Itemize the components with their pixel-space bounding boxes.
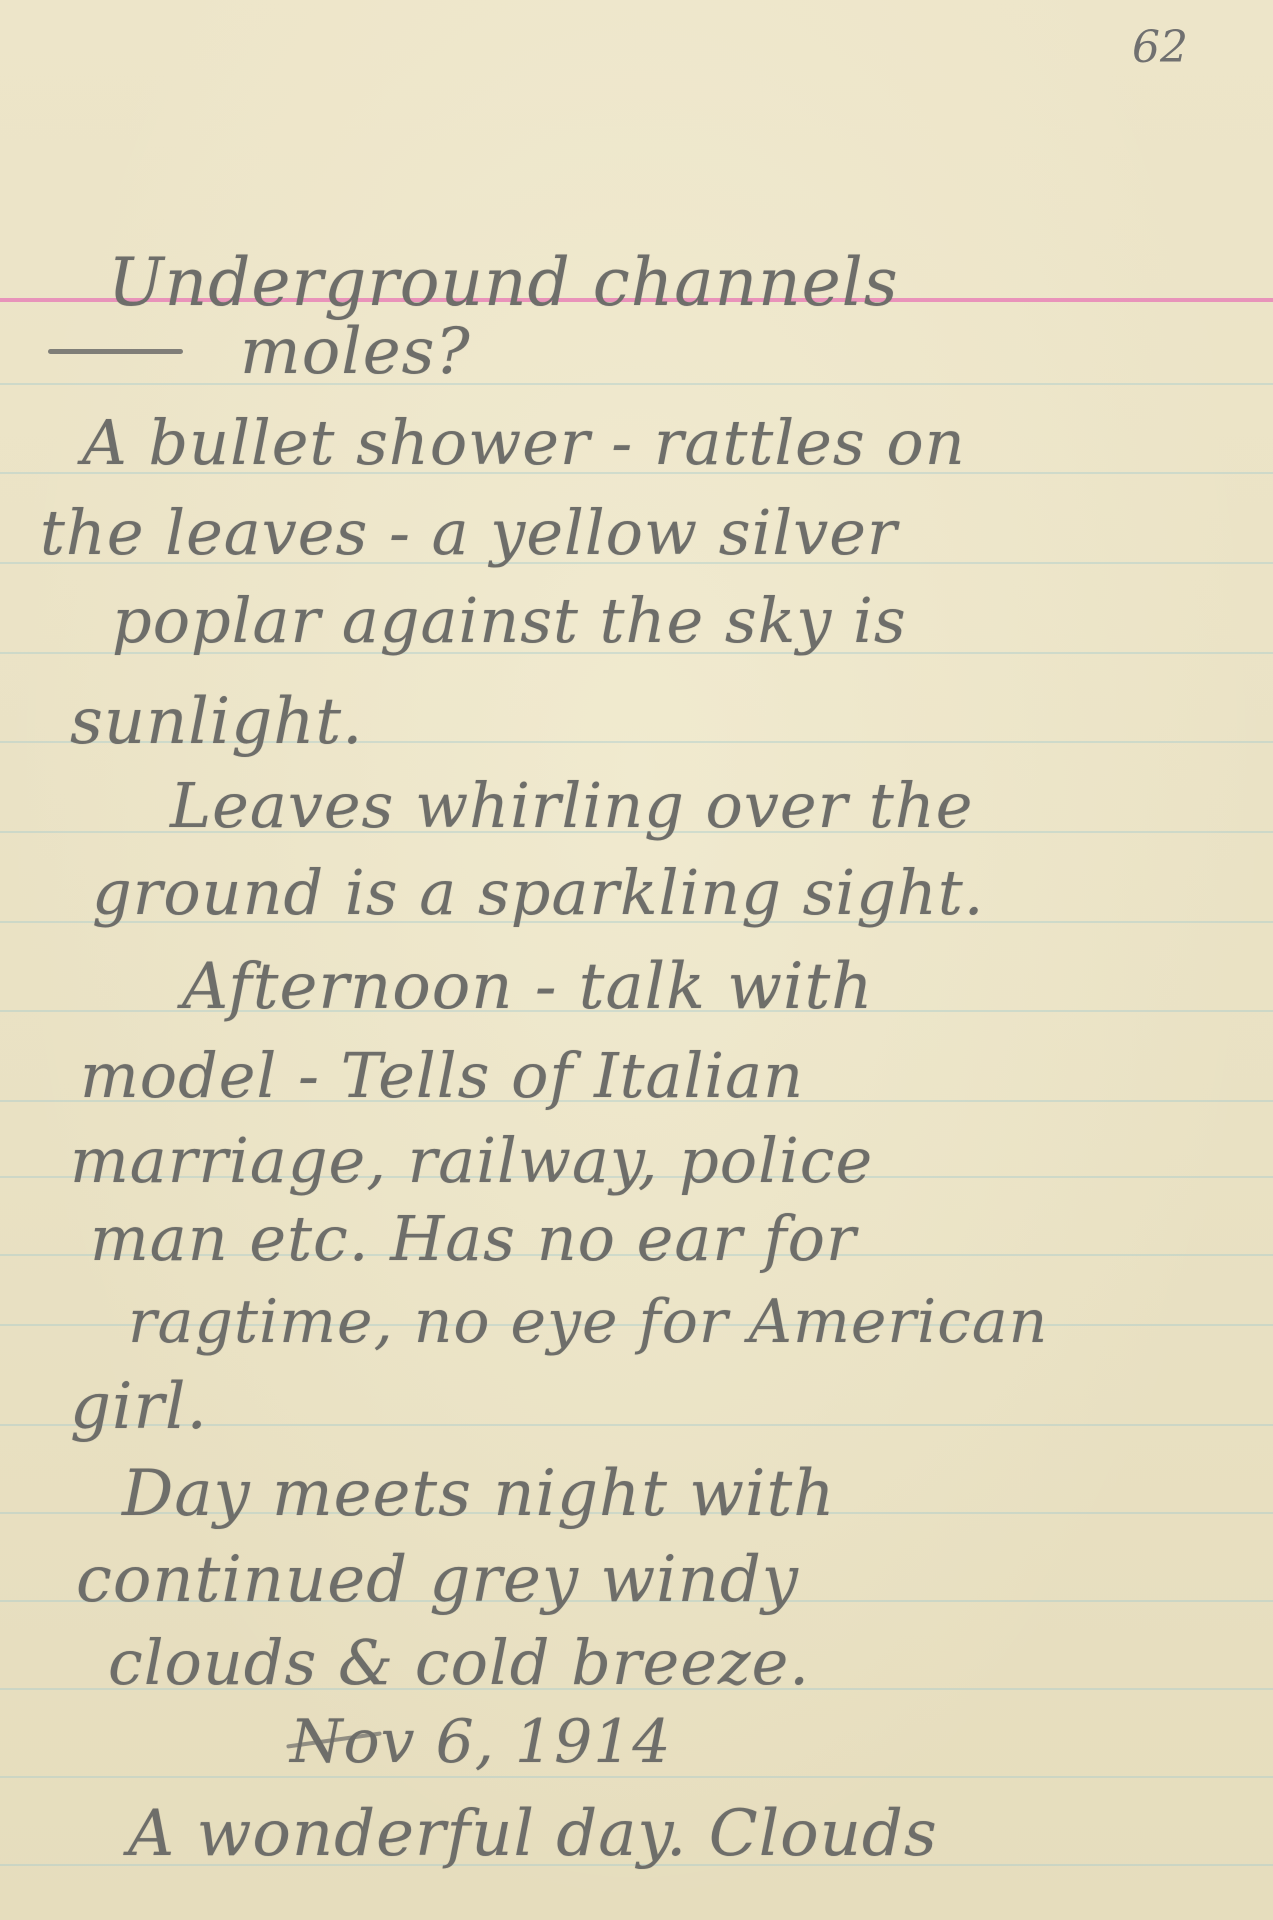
journal-line: A bullet shower - rattles on <box>82 412 966 474</box>
journal-line: Day meets night with <box>122 1462 835 1526</box>
ruled-line <box>0 383 1273 385</box>
journal-line: marriage, railway, police <box>70 1130 873 1192</box>
dash-mark <box>48 349 183 354</box>
journal-line: Afternoon - talk with <box>182 955 873 1019</box>
journal-page: 62 Underground channels moles? A bullet … <box>0 0 1273 1920</box>
journal-line: poplar against the sky is <box>112 590 907 652</box>
journal-line: girl. <box>70 1375 208 1439</box>
journal-line: continued grey windy <box>76 1548 799 1612</box>
journal-line: sunlight. <box>70 690 363 754</box>
journal-line: Underground channels <box>108 250 899 316</box>
journal-line: Leaves whirling over the <box>170 775 973 837</box>
journal-line: the leaves - a yellow silver <box>40 502 898 564</box>
journal-line: ground is a sparkling sight. <box>92 862 985 924</box>
journal-line: ragtime, no eye for American <box>128 1292 1048 1352</box>
date-heading: Nov 6, 1914 <box>290 1712 672 1772</box>
journal-line: A wonderful day. Clouds <box>128 1802 938 1866</box>
page-number: 62 <box>1132 22 1188 73</box>
journal-line: clouds & cold breeze. <box>108 1632 810 1694</box>
journal-line: moles? <box>240 320 471 384</box>
journal-line: man etc. Has no ear for <box>90 1208 857 1270</box>
journal-line: model - Tells of Italian <box>80 1045 804 1107</box>
